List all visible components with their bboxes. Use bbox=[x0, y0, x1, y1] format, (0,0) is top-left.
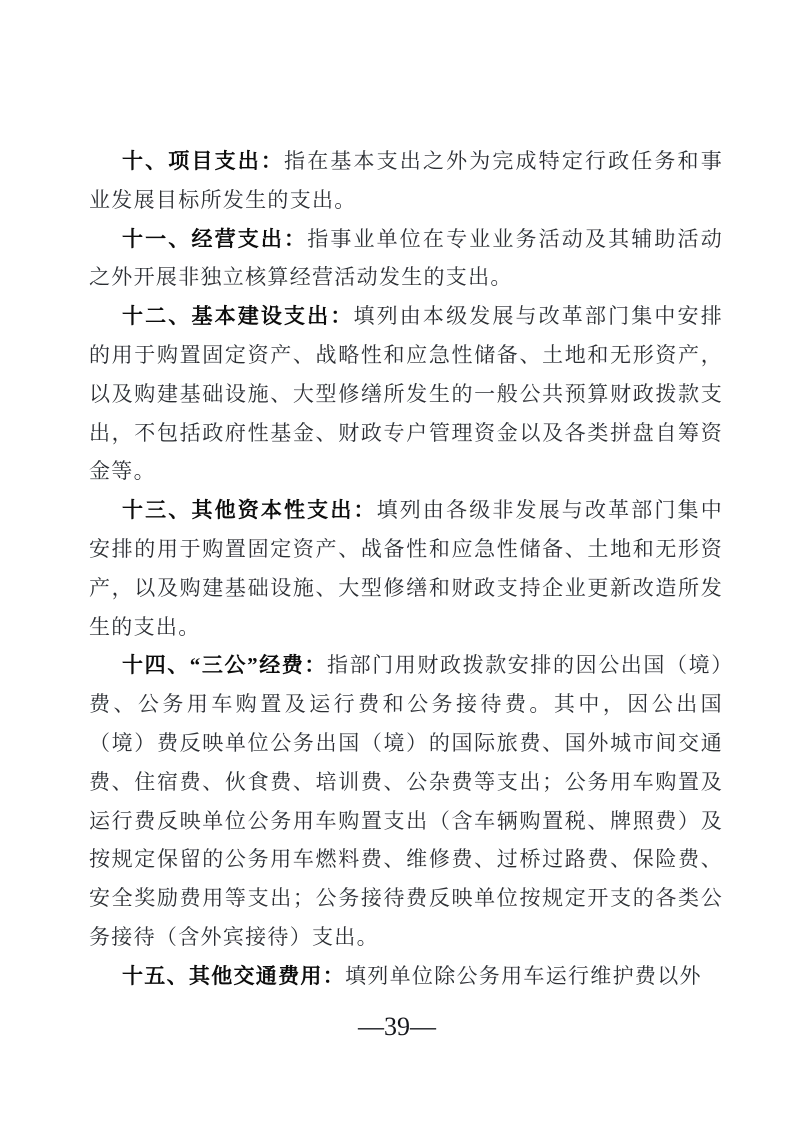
document-page: 十、项目支出：指在基本支出之外为完成特定行政任务和事业发展目标所发生的支出。 十… bbox=[0, 0, 794, 1123]
paragraph-item-12: 十二、基本建设支出：填列由本级发展与改革部门集中安排的用于购置固定资产、战略性和… bbox=[89, 297, 723, 491]
page-number: —39— bbox=[0, 1012, 794, 1042]
paragraph-heading: 十五、其他交通费用： bbox=[122, 964, 345, 988]
paragraph-heading: 十四、“三公”经费： bbox=[122, 653, 327, 677]
paragraph-heading: 十一、经营支出： bbox=[122, 227, 307, 251]
paragraph-text: 填列单位除公务用车运行维护费以外 bbox=[345, 964, 702, 988]
paragraph-heading: 十二、基本建设支出： bbox=[122, 304, 353, 328]
document-body: 十、项目支出：指在基本支出之外为完成特定行政任务和事业发展目标所发生的支出。 十… bbox=[89, 142, 723, 996]
paragraph-text: 指部门用财政拨款安排的因公出国（境）费、公务用车购置及运行费和公务接待费。其中，… bbox=[89, 653, 723, 949]
paragraph-heading: 十三、其他资本性支出： bbox=[122, 498, 377, 522]
paragraph-item-13: 十三、其他资本性支出：填列由各级非发展与改革部门集中安排的用于购置固定资产、战备… bbox=[89, 491, 723, 646]
paragraph-item-15: 十五、其他交通费用：填列单位除公务用车运行维护费以外 bbox=[89, 957, 723, 996]
paragraph-item-14: 十四、“三公”经费：指部门用财政拨款安排的因公出国（境）费、公务用车购置及运行费… bbox=[89, 646, 723, 956]
paragraph-item-10: 十、项目支出：指在基本支出之外为完成特定行政任务和事业发展目标所发生的支出。 bbox=[89, 142, 723, 220]
paragraph-text: 填列由本级发展与改革部门集中安排的用于购置固定资产、战略性和应急性储备、土地和无… bbox=[89, 304, 723, 483]
paragraph-item-11: 十一、经营支出：指事业单位在专业业务活动及其辅助活动之外开展非独立核算经营活动发… bbox=[89, 220, 723, 298]
paragraph-heading: 十、项目支出： bbox=[122, 149, 284, 173]
